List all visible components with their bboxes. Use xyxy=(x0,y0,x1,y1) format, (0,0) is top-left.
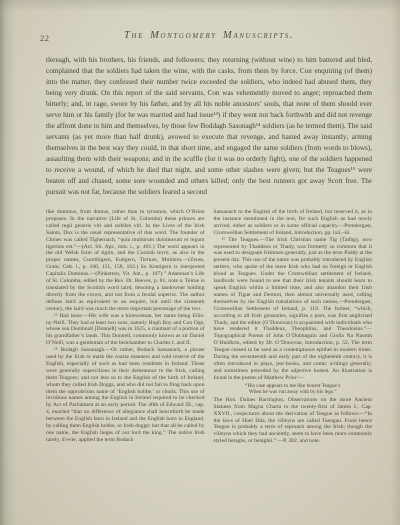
book-page: 22 The Montgomery Manuscripts. tlereagh,… xyxy=(0,0,400,525)
footnote-paragraph: ¹⁵ The Teagues.—The Irish Christian name… xyxy=(214,237,373,382)
footnote-paragraph: The Hon. Daines Barrington, Observations… xyxy=(214,397,373,445)
footnote-paragraph: Sassanach to the English of the birth of… xyxy=(214,209,373,237)
footnote-paragraph: ¹⁴ Bodagh Sassanagh.—Or rather, Bodach S… xyxy=(46,347,205,444)
footnote-column-left: like dominus, from domus, rather than to… xyxy=(46,209,205,445)
main-paragraph: tlereagh, with his brothers, his friends… xyxy=(46,55,372,198)
page-number: 22 xyxy=(40,33,50,43)
footnote-paragraph: ¹³ Had issue.—His wife was a kinswoman, … xyxy=(46,313,205,348)
footnotes-section: like dominus, from domus, rather than to… xyxy=(46,209,372,445)
footnote-column-right: Sassanach to the English of the birth of… xyxy=(214,209,373,445)
page-title: The Montgomery Manuscripts. xyxy=(46,30,372,41)
footnote-verse: “His case appears to me like honest Teag… xyxy=(214,383,373,396)
page-header: 22 The Montgomery Manuscripts. xyxy=(46,30,372,46)
footnote-paragraph: like dominus, from domus, rather than to… xyxy=(46,209,205,313)
